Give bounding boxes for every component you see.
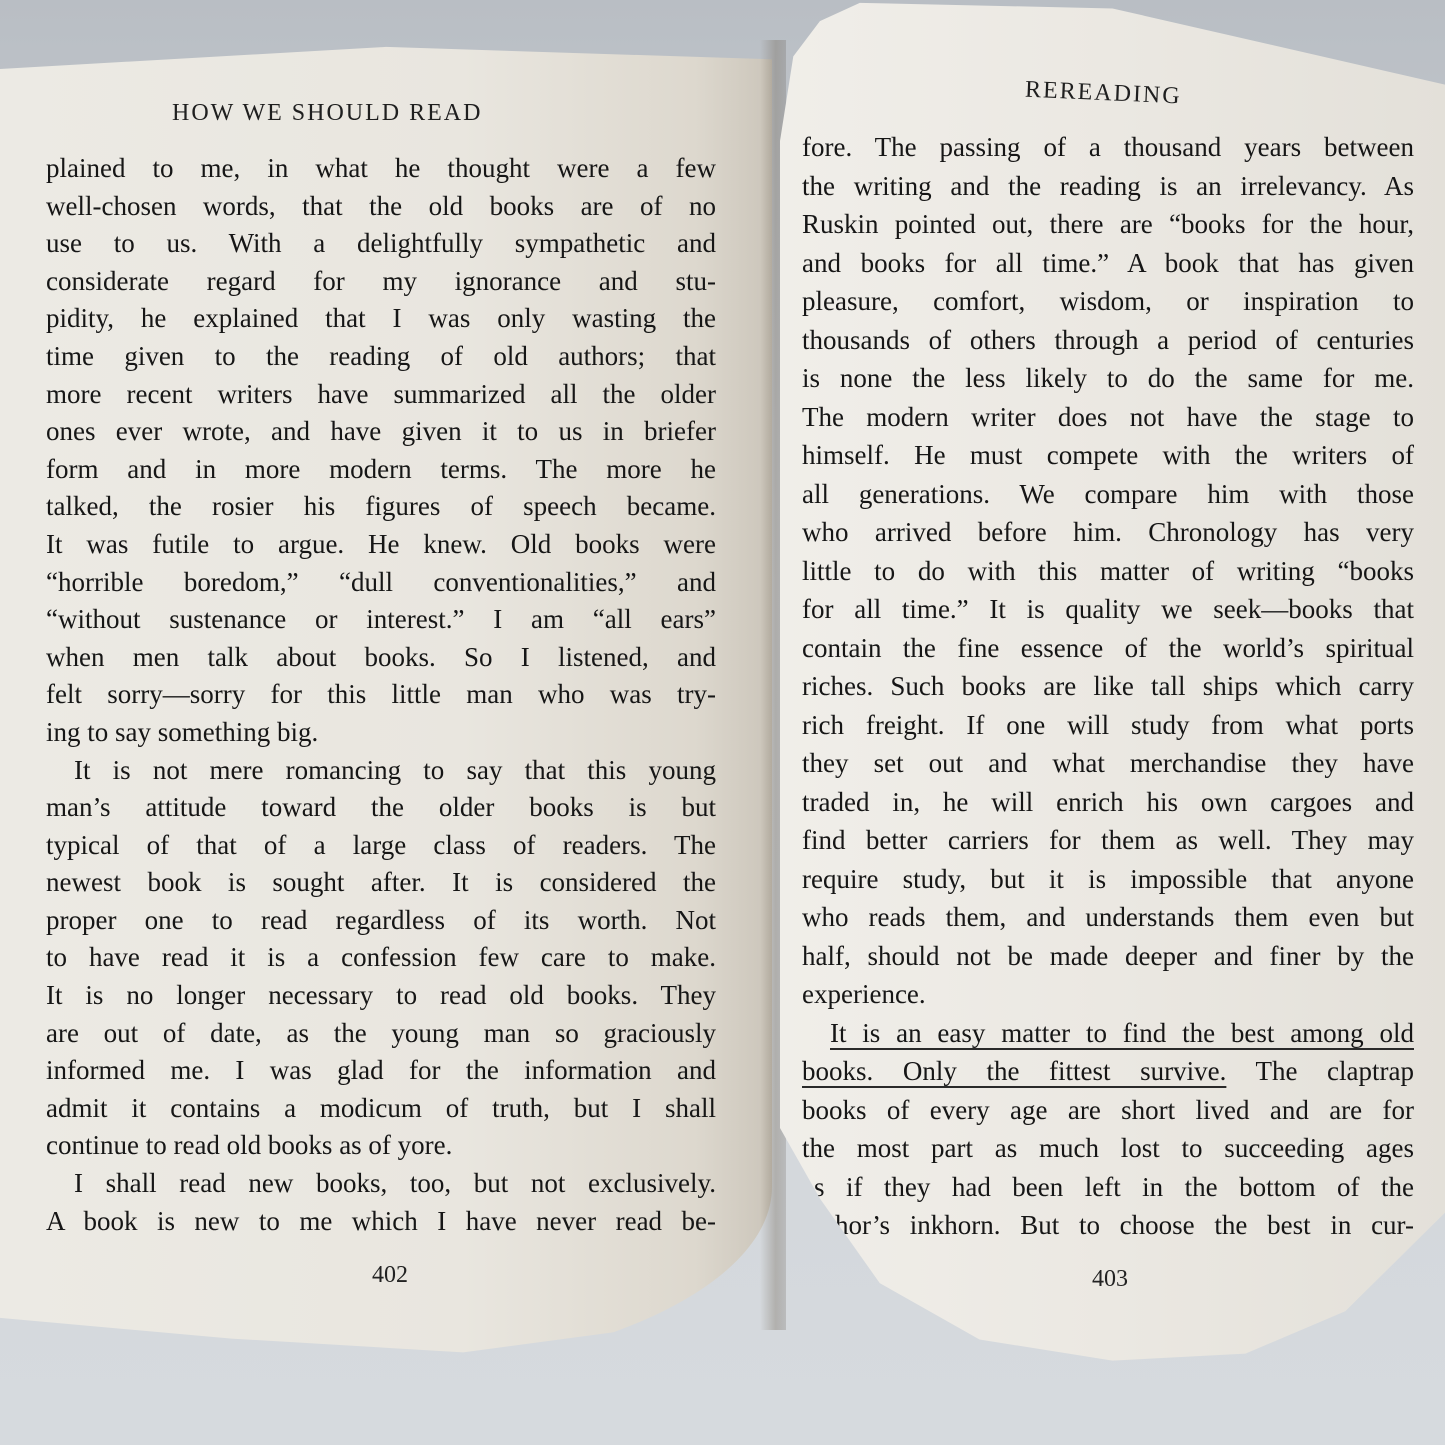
left-page: HOW WE SHOULD READ plained to me, in wha… bbox=[0, 0, 772, 1380]
pen-underline: books. Only the fittest survive. bbox=[802, 1056, 1226, 1086]
text-line: thousands of others through a period of … bbox=[802, 321, 1414, 360]
text-run: The claptrap bbox=[1226, 1056, 1414, 1086]
text-line: The modern writer does not have the stag… bbox=[802, 398, 1414, 437]
text-line: admit it contains a modicum of truth, bu… bbox=[46, 1090, 716, 1128]
text-line: form and in more modern terms. The more … bbox=[46, 451, 716, 489]
text-line: felt sorry—sorry for this little man who… bbox=[46, 676, 716, 714]
text-line: ones ever wrote, and have given it to us… bbox=[46, 413, 716, 451]
text-line: little to do with this matter of writing… bbox=[802, 552, 1414, 591]
text-line: riches. Such books are like tall ships w… bbox=[802, 667, 1414, 706]
text-line: require study, but it is impossible that… bbox=[802, 860, 1414, 899]
text-line: “horrible boredom,” “dull conventionalit… bbox=[46, 564, 716, 602]
text-line: half, should not be made deeper and fine… bbox=[802, 937, 1414, 976]
text-line: to have read it is a confession few care… bbox=[46, 939, 716, 977]
text-line: Ruskin pointed out, there are “books for… bbox=[802, 205, 1414, 244]
text-line: time given to the reading of old authors… bbox=[46, 338, 716, 376]
text-line: experience. bbox=[802, 975, 1414, 1014]
pen-underline: It is an easy matter to find the best am… bbox=[830, 1018, 1414, 1048]
text-line: find better carriers for them as well. T… bbox=[802, 821, 1414, 860]
text-line: continue to read old books as of yore. bbox=[46, 1127, 716, 1165]
text-line: is none the less likely to do the same f… bbox=[802, 359, 1414, 398]
text-line: newest book is sought after. It is consi… bbox=[46, 864, 716, 902]
text-line: plained to me, in what he thought were a… bbox=[46, 150, 716, 188]
text-line: well-chosen words, that the old books ar… bbox=[46, 188, 716, 226]
text-line: for all time.” It is quality we seek—boo… bbox=[802, 590, 1414, 629]
text-line: the most part as much lost to succeeding… bbox=[802, 1129, 1414, 1168]
text-line: I shall read new books, too, but not exc… bbox=[46, 1165, 716, 1203]
text-line: use to us. With a delightfully sympathet… bbox=[46, 225, 716, 263]
text-line: himself. He must compete with the writer… bbox=[802, 436, 1414, 475]
text-line: books of every age are short lived and a… bbox=[802, 1091, 1414, 1130]
text-line: proper one to read regardless of its wor… bbox=[46, 902, 716, 940]
text-line: author’s inkhorn. But to choose the best… bbox=[802, 1206, 1414, 1245]
text-line: A book is new to me which I have never r… bbox=[46, 1203, 716, 1241]
text-line: when men talk about books. So I listened… bbox=[46, 639, 716, 677]
running-head-right: REREADING bbox=[1024, 77, 1182, 111]
right-page-body: fore. The passing of a thousand years be… bbox=[802, 128, 1414, 1245]
text-line: informed me. I was glad for the informat… bbox=[46, 1052, 716, 1090]
text-line: fore. The passing of a thousand years be… bbox=[802, 128, 1414, 167]
text-line: pleasure, comfort, wisdom, or inspiratio… bbox=[802, 282, 1414, 321]
left-page-body: plained to me, in what he thought were a… bbox=[46, 150, 716, 1240]
running-head-left: HOW WE SHOULD READ bbox=[172, 100, 482, 127]
text-line: ing to say something big. bbox=[46, 714, 716, 752]
text-line: are out of date, as the young man so gra… bbox=[46, 1015, 716, 1053]
text-line: more recent writers have summarized all … bbox=[46, 376, 716, 414]
text-line: as if they had been left in the bottom o… bbox=[802, 1168, 1414, 1207]
text-line: all generations. We compare him with tho… bbox=[802, 475, 1414, 514]
text-line: rich freight. If one will study from wha… bbox=[802, 706, 1414, 745]
text-line: they set out and what merchandise they h… bbox=[802, 744, 1414, 783]
text-line: traded in, he will enrich his own cargoe… bbox=[802, 783, 1414, 822]
text-line: It is no longer necessary to read old bo… bbox=[46, 977, 716, 1015]
text-line: “without sustenance or interest.” I am “… bbox=[46, 601, 716, 639]
text-line: It is not mere romancing to say that thi… bbox=[46, 752, 716, 790]
right-page: REREADING fore. The passing of a thousan… bbox=[780, 0, 1445, 1410]
text-line: It was futile to argue. He knew. Old boo… bbox=[46, 526, 716, 564]
text-line: pidity, he explained that I was only was… bbox=[46, 300, 716, 338]
page-number-right: 403 bbox=[1092, 1266, 1128, 1293]
text-line: who arrived before him. Chronology has v… bbox=[802, 513, 1414, 552]
text-line: typical of that of a large class of read… bbox=[46, 827, 716, 865]
underlined-line-2: books. Only the fittest survive. The cla… bbox=[802, 1052, 1414, 1091]
text-line: man’s attitude toward the older books is… bbox=[46, 789, 716, 827]
text-line: contain the fine essence of the world’s … bbox=[802, 629, 1414, 668]
text-line: and books for all time.” A book that has… bbox=[802, 244, 1414, 283]
text-line: talked, the rosier his figures of speech… bbox=[46, 488, 716, 526]
text-line: considerate regard for my ignorance and … bbox=[46, 263, 716, 301]
text-line: who reads them, and understands them eve… bbox=[802, 898, 1414, 937]
underlined-line-1: It is an easy matter to find the best am… bbox=[802, 1014, 1414, 1053]
page-number-left: 402 bbox=[372, 1262, 408, 1289]
text-line: the writing and the reading is an irrele… bbox=[802, 167, 1414, 206]
